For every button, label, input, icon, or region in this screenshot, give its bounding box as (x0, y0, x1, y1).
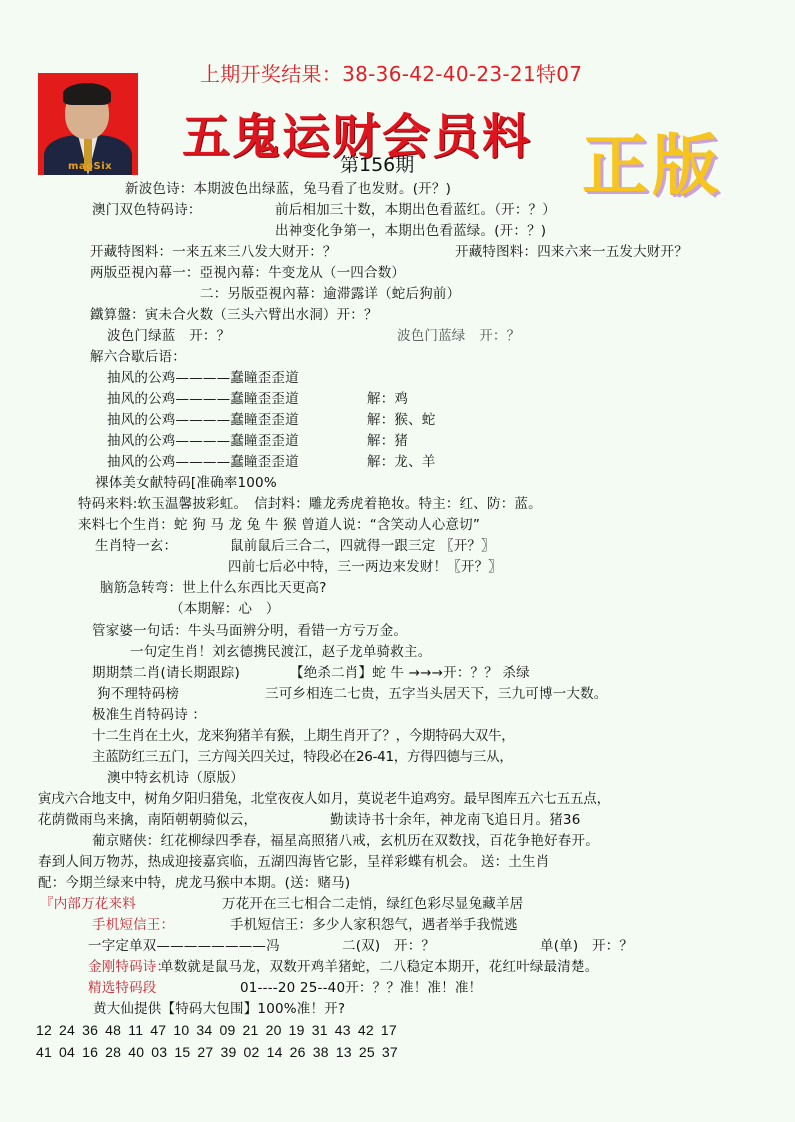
brain-teaser: 脑筋急转弯：世上什么东西比天更高? (100, 579, 327, 597)
wave-color-poem: 新波色诗：本期波色出绿蓝，兔马看了也发财。(开？) (125, 180, 451, 198)
one-line-zodiac: 一句定生肖！刘玄德携民渡江，赵子龙单骑救主。 (130, 643, 431, 661)
special-source-line: 特码来料:软玉温馨披彩虹。 信封料：雕龙秀虎着艳妆。特主：红、防：蓝。 (78, 495, 542, 513)
housekeeper-saying: 管家婆一句话：牛头马面辨分明，看错一方亏万金。 (92, 622, 407, 640)
wong-tai-sin-heading: 黄大仙提供【特码大包围】100%准！开? (93, 1000, 345, 1018)
king-kong-poem: 单数就是鼠马龙，双数开鸡羊猪蛇，二八稳定本期开，花红叶绿最清楚。 (160, 958, 598, 976)
atv-inside-1: 两版亞視內幕一：亞視內幕：牛变龙从（一四合数） (90, 264, 405, 282)
atv-inside-2: 二：另版亞視內幕：逾滞露详（蛇后狗前） (200, 285, 460, 303)
xiehouyu-heading: 解六合歇后语： (90, 348, 186, 366)
zodiac-poem-line-2: 主蓝防红三五门，三方闯关四关过，特段必在26-41，方得四德与三从， (92, 748, 513, 766)
lisboa-gambler: 葡京赌侠：红花柳绿四季春，福星高照猪八戒，玄机历在双数找，百花争艳好春开。 (92, 832, 599, 850)
sms-king-label: 手机短信王： (92, 916, 174, 934)
inner-flower-label: 『内部万花来料 (40, 895, 136, 913)
xiehouyu-left: 抽风的公鸡————蠢瞳歪歪道 (107, 453, 299, 471)
accuracy-line: 裸体美女献特码[准确率100% (95, 474, 277, 492)
xiehouyu-answer: 解：龙、羊 (367, 453, 436, 471)
xiehouyu-answer: 解：猪 (367, 432, 408, 450)
xiehouyu-left: 抽风的公鸡————蠢瞳歪歪道 (107, 390, 299, 408)
goubuli-label: 狗不理特码榜 (97, 685, 179, 703)
macau-mystery-line-2a: 花荫微雨鸟来擒，南陌朝朝骑似云， (38, 811, 257, 829)
zodiac-mystery-label: 生肖特一玄： (95, 537, 177, 555)
previous-result: 上期开奖结果：38-36-42-40-23-21特07 (200, 58, 582, 87)
macau-mystery-heading: 澳中特玄机诗（原版） (107, 769, 244, 787)
zodiac-mystery-line-2: 四前七后必中特，三一两边来发财！〖开？〗 (228, 558, 502, 576)
odd-open: 单(单) 开：？ (540, 937, 633, 955)
number-row-1: 12 24 36 48 11 47 10 34 09 21 20 19 31 4… (36, 1021, 397, 1039)
selected-range-label: 精选特码段 (88, 979, 157, 997)
iron-abacus: 鐵算盤：寅未合火数（三头六臂出水洞）开：？ (90, 306, 378, 324)
brain-teaser-answer: （本期解：心 ） (170, 600, 280, 618)
macau-mystery-line-2b: 勤读诗书十余年，神龙南飞追日月。猪36 (330, 811, 580, 829)
issue-number: 第156期 (340, 150, 414, 177)
xiehouyu-left: 抽风的公鸡————蠢瞳歪歪道 (107, 369, 299, 387)
portrait-photo: maoSix (38, 73, 138, 175)
zodiac-mystery-line-1: 鼠前鼠后三合二，四就得一跟三定 〖开？〗 (230, 537, 495, 555)
selected-range-text: 01----20 25--40开：？？准！准！准！ (240, 979, 482, 997)
macau-mystery-line-1: 寅戌六合地支中，树角夕阳归猎兔，北堂夜夜人如月，莫说老牛追鸡穷。最早图库五六七五… (38, 790, 610, 808)
zodiac-poem-heading: 极准生肖特码诗 ： (92, 706, 206, 724)
xiehouyu-answer: 解：鸡 (367, 390, 408, 408)
macau-poem-line-1: 前后相加三十数，本期出色看蓝红。（开：？） (275, 201, 556, 219)
kill-two-zodiacs: 【绝杀二肖】蛇 牛 →→→开：？？ 杀绿 (290, 664, 530, 682)
macau-poem-line-2: 出神变化争第一，本期出色看蓝绿。(开：？) (275, 222, 546, 240)
wave-door-green-blue: 波色门绿蓝 开：？ (107, 327, 230, 345)
pairing-line: 配：今期兰绿来中特，虎龙马猴中本期。(送：赌马) (38, 874, 350, 892)
banned-zodiacs-label: 期期禁二肖(请长期跟踪) (92, 664, 240, 682)
xiehouyu-answer: 解：猴、蛇 (367, 411, 436, 429)
hidden-chart-2: 开藏特图料：四来六来一五发大财开？ (455, 243, 688, 261)
king-kong-label: 金刚特码诗： (88, 958, 170, 976)
zodiac-poem-line-1: 十二生肖在土火，龙来狗猪羊有猴，上期生肖开了？，今期特码大双牛， (92, 727, 514, 745)
xiehouyu-left: 抽风的公鸡————蠢瞳歪歪道 (107, 432, 299, 450)
wave-door-blue-green: 波色门蓝绿 开：？ (397, 327, 520, 345)
macau-poem-label: 澳门双色特码诗： (92, 201, 202, 219)
hidden-chart-1: 开藏特图料：一来五来三八发大财开：？ (90, 243, 337, 261)
odd-even-label: 一字定单双————————冯 (88, 937, 280, 955)
inner-flower-text: 万花开在三七相合二走悄，绿红色彩尽显兔藏羊居 (222, 895, 523, 913)
portrait-hair (63, 83, 111, 105)
spring-poem: 春到人间万物苏，热成迎接嘉宾临，五湖四海皆它影，呈祥彩蝶有机会。 送：土生肖 (38, 853, 549, 871)
goubuli-poem: 三可乡相连二七贵，五字当头居天下，三九可博一大数。 (265, 685, 608, 703)
photo-logo: maoSix (68, 161, 112, 172)
sms-king-text: 手机短信王：多少人家积怨气，遇者举手我慌逃 (230, 916, 518, 934)
even-open: 二(双) 开：？ (342, 937, 435, 955)
number-row-2: 41 04 16 28 40 03 15 27 39 02 14 26 38 1… (36, 1043, 398, 1061)
xiehouyu-left: 抽风的公鸡————蠢瞳歪歪道 (107, 411, 299, 429)
genuine-badge: 正版 (582, 112, 722, 207)
seven-zodiacs-line: 来料七个生肖：蛇 狗 马 龙 兔 牛 猴 曾道人说：“含笑动人心意切” (78, 516, 480, 534)
